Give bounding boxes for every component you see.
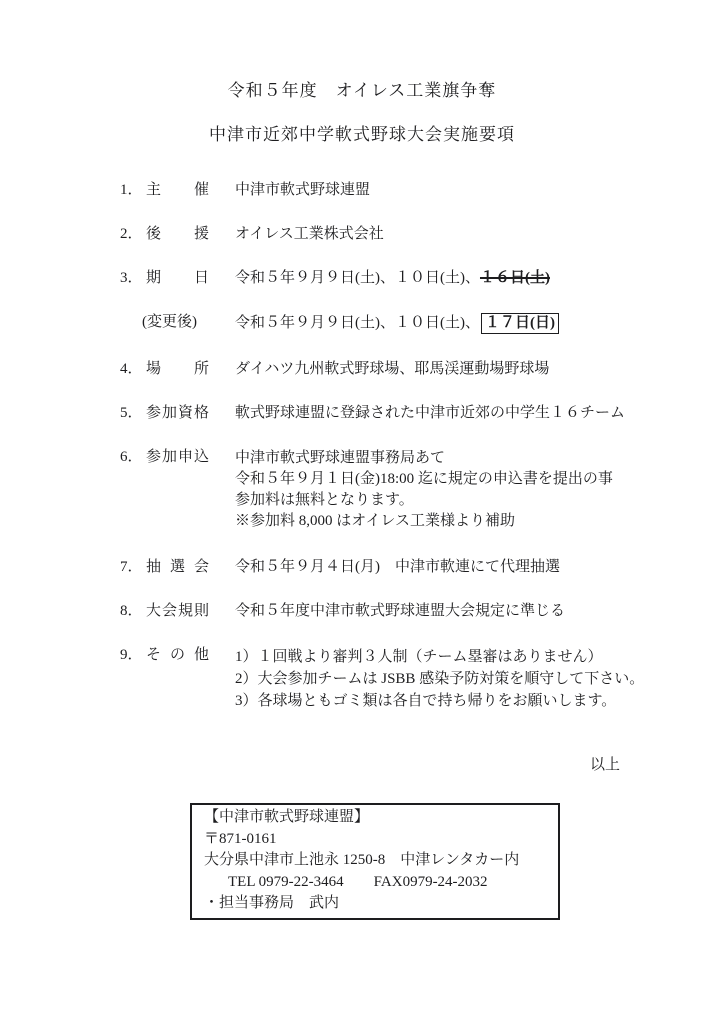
item-number: 4． bbox=[120, 360, 146, 378]
item-label: 抽選会 bbox=[146, 558, 209, 576]
content-line: 中津市軟式野球連盟事務局あて bbox=[235, 448, 613, 469]
revised-label: (変更後) bbox=[142, 313, 235, 331]
sublist-line: 3）各球場ともゴミ類は各自で持ち帰りをお願いします。 bbox=[235, 690, 644, 712]
item-content: オイレス工業株式会社 bbox=[235, 225, 384, 243]
contact-org: 【中津市軟式野球連盟】 bbox=[204, 807, 550, 829]
item-content: 軟式野球連盟に登録された中津市近郊の中学生１６チーム bbox=[235, 404, 625, 422]
sublist-line: 1）１回戦より審判３人制（チーム塁審はありません） bbox=[235, 646, 644, 668]
item-label: 場所 bbox=[146, 360, 209, 378]
contact-fax: FAX0979-24-2032 bbox=[374, 872, 488, 894]
item-label: 大会規則 bbox=[146, 602, 209, 620]
item-label: 主催 bbox=[146, 181, 209, 199]
contact-tel: TEL 0979-22-3464 bbox=[228, 872, 344, 894]
contact-box: 【中津市軟式野球連盟】 〒871-0161 大分県中津市上池永 1250-8 中… bbox=[190, 803, 560, 920]
item-row-sonota: 9． その他 1）１回戦より審判３人制（チーム塁審はありません） 2）大会参加チ… bbox=[120, 646, 724, 712]
doc-title-line1: 令和５年度 オイレス工業旗争奪 bbox=[0, 81, 724, 101]
item-number: 9． bbox=[120, 646, 146, 664]
item-content-sublist: 1）１回戦より審判３人制（チーム塁審はありません） 2）大会参加チームは JSB… bbox=[235, 646, 644, 712]
item-content: 令和５年９月９日(土)、１０日(土)、１７日(日) bbox=[235, 313, 559, 334]
item-content: 令和５年９月４日(月) 中津市軟連にて代理抽選 bbox=[235, 558, 560, 576]
strikethrough-old-date: １６日(土) bbox=[480, 270, 550, 286]
contact-postal-code: 〒871-0161 bbox=[204, 829, 550, 851]
item-row-koen: 2． 後援 オイレス工業株式会社 bbox=[120, 225, 724, 243]
item-row-sanka-moshikomi: 6． 参加申込 中津市軟式野球連盟事務局あて 令和５年９月１日(金)18:00 … bbox=[120, 448, 724, 532]
item-content: ダイハツ九州軟式野球場、耶馬渓運動場野球場 bbox=[235, 360, 549, 378]
document-page: 令和５年度 オイレス工業旗争奪 中津市近郊中学軟式野球大会実施要項 1． 主催 … bbox=[0, 0, 724, 1024]
sublist-line: 2）大会参加チームは JSBB 感染予防対策を順守して下さい。 bbox=[235, 668, 644, 690]
item-number: 7． bbox=[120, 558, 146, 576]
content-line: 参加料は無料となります。 bbox=[235, 490, 613, 511]
item-number: 6． bbox=[120, 448, 146, 466]
item-number: 3． bbox=[120, 269, 146, 287]
title-block: 令和５年度 オイレス工業旗争奪 中津市近郊中学軟式野球大会実施要項 bbox=[0, 0, 724, 145]
date-list: 令和５年９月９日(土)、１０日(土)、 bbox=[235, 315, 480, 331]
item-row-chusenkai: 7． 抽選会 令和５年９月４日(月) 中津市軟連にて代理抽選 bbox=[120, 558, 724, 576]
item-row-kijitsu: 3． 期日 令和５年９月９日(土)、１０日(土)、１６日(土) bbox=[120, 269, 724, 287]
item-row-taikai-kisoku: 8． 大会規則 令和５年度中津市軟式野球連盟大会規定に準じる bbox=[120, 602, 724, 620]
content-line: ※参加料 8,000 はオイレス工業様より補助 bbox=[235, 511, 613, 532]
item-row-shusai: 1． 主催 中津市軟式野球連盟 bbox=[120, 181, 724, 199]
content-line: 令和５年９月１日(金)18:00 迄に規定の申込書を提出の事 bbox=[235, 469, 613, 490]
item-label: その他 bbox=[146, 646, 209, 664]
item-row-basho: 4． 場所 ダイハツ九州軟式野球場、耶馬渓運動場野球場 bbox=[120, 360, 724, 378]
contact-address: 大分県中津市上池永 1250-8 中津レンタカー内 bbox=[204, 850, 550, 872]
item-content-lines: 中津市軟式野球連盟事務局あて 令和５年９月１日(金)18:00 迄に規定の申込書… bbox=[235, 448, 613, 532]
item-content: 令和５年９月９日(土)、１０日(土)、１６日(土) bbox=[235, 269, 550, 287]
item-content: 中津市軟式野球連盟 bbox=[235, 181, 370, 199]
closing-ijou: 以上 bbox=[120, 756, 724, 774]
contact-tel-fax-line: TEL 0979-22-3464 FAX0979-24-2032 bbox=[204, 872, 550, 894]
item-number: 1． bbox=[120, 181, 146, 199]
item-number: 2． bbox=[120, 225, 146, 243]
date-list: 令和５年９月９日(土)、１０日(土)、 bbox=[235, 270, 480, 286]
contact-staff: ・担当事務局 武内 bbox=[204, 893, 550, 915]
document-body: 1． 主催 中津市軟式野球連盟 2． 後援 オイレス工業株式会社 3． 期日 令… bbox=[0, 145, 724, 920]
doc-title-line2: 中津市近郊中学軟式野球大会実施要項 bbox=[0, 125, 724, 145]
revised-date-row: (変更後) 令和５年９月９日(土)、１０日(土)、１７日(日) bbox=[120, 313, 724, 334]
item-label: 後援 bbox=[146, 225, 209, 243]
revised-date-box: １７日(日) bbox=[481, 313, 559, 334]
item-label: 参加申込 bbox=[146, 448, 209, 466]
item-number: 5． bbox=[120, 404, 146, 422]
item-content: 令和５年度中津市軟式野球連盟大会規定に準じる bbox=[235, 602, 565, 620]
item-row-sanka-shikaku: 5． 参加資格 軟式野球連盟に登録された中津市近郊の中学生１６チーム bbox=[120, 404, 724, 422]
item-label: 期日 bbox=[146, 269, 209, 287]
item-number: 8． bbox=[120, 602, 146, 620]
item-label: 参加資格 bbox=[146, 404, 209, 422]
